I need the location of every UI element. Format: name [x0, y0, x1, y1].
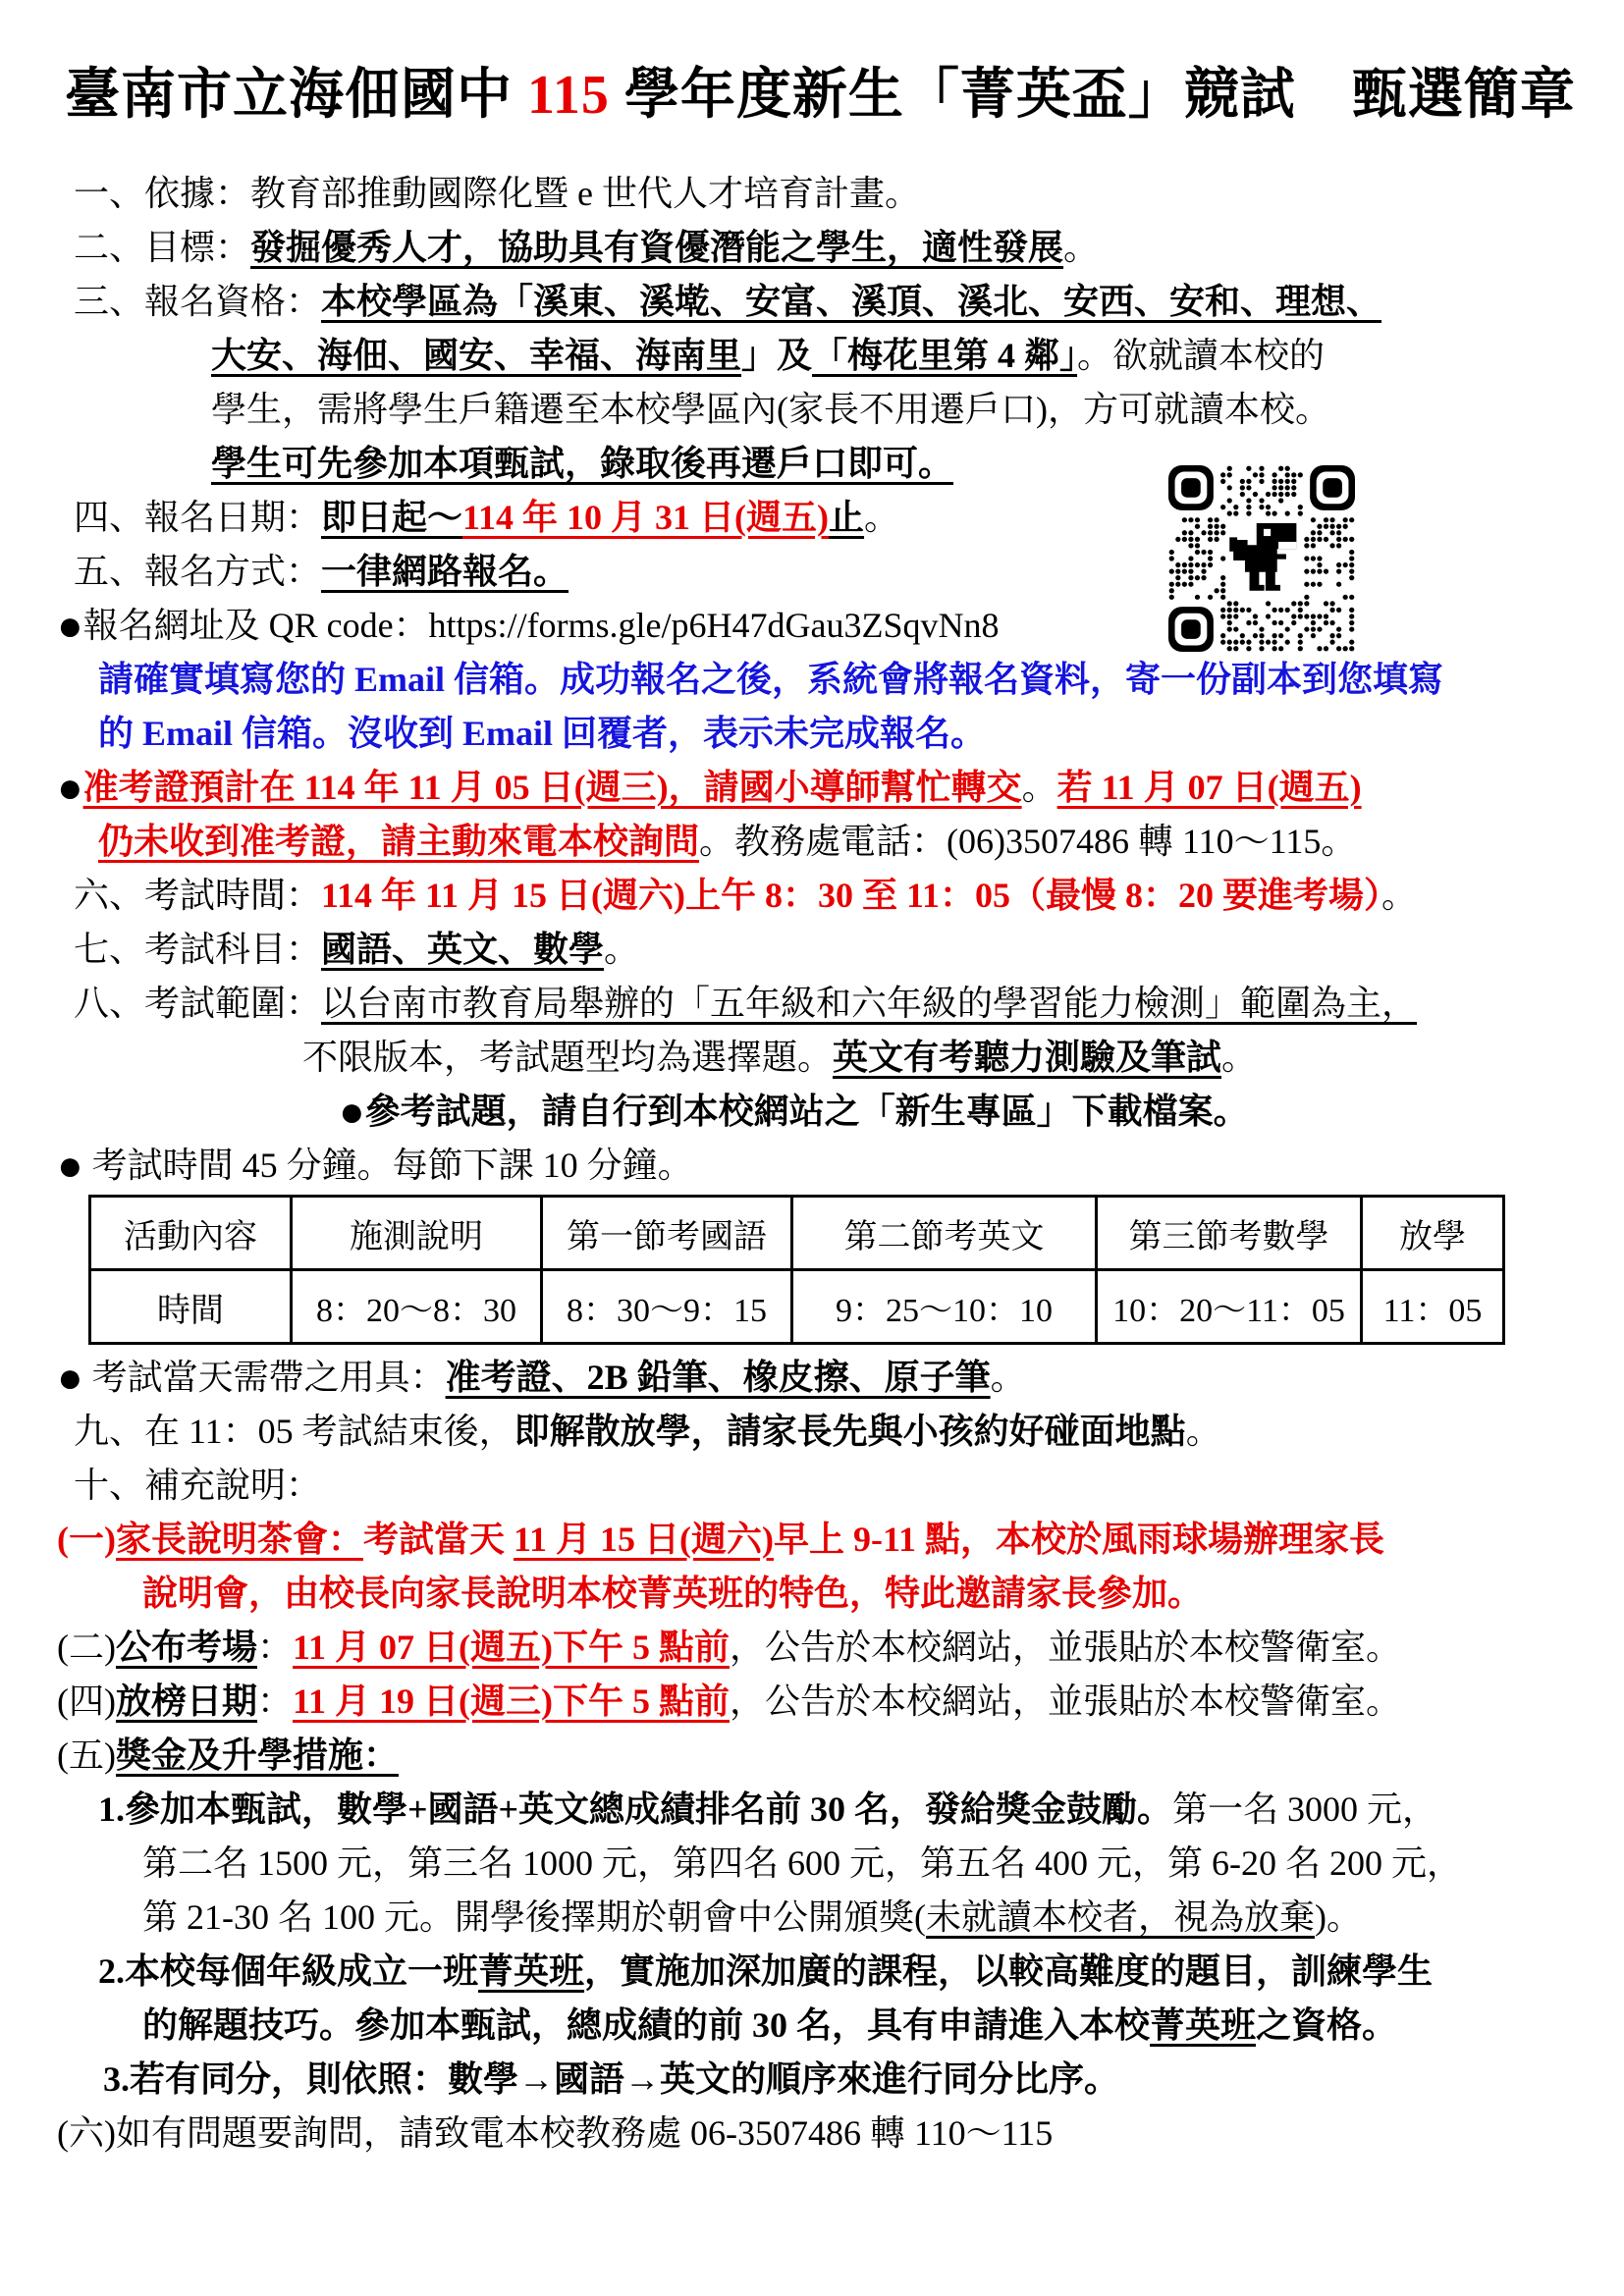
text-segment: 考試當天需帶之用具： — [83, 1358, 446, 1397]
text-segment: 「梅花里第 4 鄰」 — [812, 336, 1077, 375]
text-line: ●參考試題，請自行到本校網站之「新生專區」下載檔案。 — [0, 1085, 1624, 1139]
text-line: (六)如有問題要詢問，請致電本校教務處 06-3507486 轉 110～115 — [0, 2107, 1624, 2161]
table-cell: 11：05 — [1362, 1270, 1504, 1344]
text-segment: 說明會，由校長向家長說明本校菁英班的特色，特此邀請家長參加。 — [142, 1574, 1203, 1613]
text-segment: ，公告於本校網站，並張貼於本校警衛室。 — [730, 1628, 1401, 1667]
table-cell: 時間 — [90, 1270, 292, 1344]
text-segment: ： — [257, 1682, 293, 1721]
text-segment: 114 年 11 月 15 日(週六)上午 8：30 至 11：05（最慢 8：… — [321, 876, 1381, 915]
text-segment: 學生可先參加本項甄試，錄取後再遷戶口即可。 — [211, 444, 953, 483]
text-segment: 。 — [991, 1358, 1026, 1397]
text-segment: (一) — [57, 1520, 116, 1559]
text-line: 第二名 1500 元，第三名 1000 元，第四名 600 元，第五名 400 … — [0, 1837, 1624, 1891]
text-line: 3.若有同分，則依照：數學→國語→英文的順序來進行同分比序。 — [0, 2053, 1624, 2107]
text-line: 八、考試範圍：以台南市教育局舉辦的「五年級和六年級的學習能力檢測」範圍為主， — [0, 977, 1624, 1031]
text-line: 一、依據：教育部推動國際化暨 e 世代人才培育計畫。 — [0, 167, 1624, 221]
text-segment: 家長說明茶會： — [116, 1520, 363, 1559]
text-segment: 四、報名日期： — [74, 498, 321, 537]
text-segment: 1.參加本甄試，數學+國語+英文總成績排名前 30 名，發給獎金鼓勵。 — [98, 1789, 1172, 1829]
table-cell: 第一節考國語 — [542, 1197, 792, 1270]
text-segment: 臺南市立海佃國中 — [65, 65, 527, 126]
text-segment: )。 — [1315, 1897, 1362, 1937]
text-segment: 二、目標： — [74, 228, 250, 267]
text-segment: 英文有考聽力測驗及筆試 — [833, 1038, 1221, 1077]
document-body: 一、依據：教育部推動國際化暨 e 世代人才培育計畫。二、目標：發掘優秀人才，協助… — [0, 167, 1624, 2161]
text-segment: 本校學區為「溪東、溪墘、安富、溪頂、溪北、安西、安和、理想、 — [321, 282, 1381, 321]
text-line: 十、補充說明： — [0, 1459, 1624, 1513]
text-segment: 114 年 10 月 31 日(週五) — [462, 498, 829, 537]
text-segment: 菁英班 — [478, 1951, 584, 1991]
text-segment: (六)如有問題要詢問，請致電本校教務處 06-3507486 轉 110～115 — [57, 2113, 1053, 2153]
text-line: 三、報名資格：本校學區為「溪東、溪墘、安富、溪頂、溪北、安西、安和、理想、 — [0, 275, 1624, 329]
text-line: 第 21-30 名 100 元。開學後擇期於朝會中公開頒獎(未就讀本校者，視為放… — [0, 1891, 1624, 1945]
table-cell: 放學 — [1362, 1197, 1504, 1270]
table-row: 時間8：20～8：308：30～9：159：25～10：1010：20～11：0… — [90, 1270, 1504, 1344]
table-cell: 活動內容 — [90, 1197, 292, 1270]
text-segment: 的解題技巧。參加本甄試，總成績的前 30 名，具有申請進入本校 — [142, 2005, 1150, 2045]
text-segment: 。 — [1186, 1412, 1221, 1451]
text-segment: 九、在 11：05 考試結束後， — [74, 1412, 514, 1451]
text-line: 說明會，由校長向家長說明本校菁英班的特色，特此邀請家長參加。 — [0, 1567, 1624, 1621]
text-segment: 考試時間 45 分鐘。每節下課 10 分鐘。 — [83, 1146, 693, 1185]
text-segment: 11 月 15 日(週六) — [514, 1520, 774, 1559]
text-segment: 大安、海佃、國安、幸福、海南里 — [211, 336, 741, 375]
text-segment: 即解散放學，請家長先與小孩約好碰面地點 — [514, 1412, 1186, 1451]
text-segment: 早上 9-11 點，本校於風雨球場辦理家長 — [774, 1520, 1384, 1559]
text-segment: 准考證、2B 鉛筆、橡皮擦、原子筆 — [446, 1358, 991, 1397]
table-cell: 第三節考數學 — [1097, 1197, 1362, 1270]
bullet-icon: ● — [57, 1354, 83, 1402]
text-line: 二、目標：發掘優秀人才，協助具有資優潛能之學生，適性發展。 — [0, 221, 1624, 275]
text-line: 七、考試科目：國語、英文、數學。 — [0, 923, 1624, 977]
text-segment: 未就讀本校者，視為放棄 — [926, 1897, 1315, 1937]
text-segment: 學生，需將學生戶籍遷至本校學區內(家長不用遷戶口)，方可就讀本校。 — [211, 390, 1330, 429]
text-line: 學生，需將學生戶籍遷至本校學區內(家長不用遷戶口)，方可就讀本校。 — [0, 383, 1624, 437]
text-segment: (五) — [57, 1735, 116, 1775]
text-segment: 11 月 19 日(週三)下午 5 點前 — [293, 1682, 730, 1721]
table-cell: 9：25～10：10 — [792, 1270, 1097, 1344]
text-segment: 3.若有同分，則依照：數學→國語→英文的順序來進行同分比序。 — [103, 2059, 1119, 2099]
table-cell: 施測說明 — [292, 1197, 542, 1270]
bullet-icon: ● — [339, 1088, 365, 1136]
text-line: 的 Email 信箱。沒收到 Email 回覆者，表示未完成報名。 — [0, 707, 1624, 761]
text-segment: 放榜日期 — [116, 1682, 257, 1721]
text-line: 四、報名日期：即日起～114 年 10 月 31 日(週五)止。 — [0, 491, 1624, 545]
table-cell: 8：20～8：30 — [292, 1270, 542, 1344]
text-segment: 參考試題，請自行到本校網站之「新生專區」下載檔案。 — [365, 1092, 1249, 1131]
text-segment: 第一名 3000 元， — [1172, 1789, 1437, 1829]
text-line: 仍未收到准考證，請主動來電本校詢問。教務處電話：(06)3507486 轉 11… — [0, 815, 1624, 869]
table-cell: 第二節考英文 — [792, 1197, 1097, 1270]
text-segment: 三、報名資格： — [74, 282, 321, 321]
text-line: ● 考試當天需帶之用具：准考證、2B 鉛筆、橡皮擦、原子筆。 — [0, 1351, 1624, 1405]
text-segment: 准考證預計在 114 年 11 月 05 日(週三)，請國小導師幫忙轉交 — [83, 768, 1022, 807]
text-segment: 2.本校每個年級成立一班 — [98, 1951, 478, 1991]
text-segment: 。 — [1022, 768, 1057, 807]
text-segment: 。 — [864, 498, 899, 537]
text-segment: 11 月 07 日(週五)下午 5 點前 — [293, 1628, 730, 1667]
text-segment: ： — [257, 1628, 293, 1667]
text-line: 不限版本，考試題型均為選擇題。英文有考聽力測驗及筆試。 — [0, 1031, 1624, 1085]
bullet-icon: ● — [57, 602, 83, 650]
text-line: 九、在 11：05 考試結束後，即解散放學，請家長先與小孩約好碰面地點。 — [0, 1405, 1624, 1459]
text-segment: 國語、英文、數學 — [321, 930, 604, 969]
text-line: (二)公布考場：11 月 07 日(週五)下午 5 點前，公告於本校網站，並張貼… — [0, 1621, 1624, 1675]
text-segment: 考試當天 — [363, 1520, 514, 1559]
text-segment: 一律網路報名。 — [321, 552, 568, 591]
text-line: 大安、海佃、國安、幸福、海南里」及「梅花里第 4 鄰」。欲就讀本校的 — [0, 329, 1624, 383]
text-line: (一)家長說明茶會：考試當天 11 月 15 日(週六)早上 9-11 點，本校… — [0, 1513, 1624, 1567]
text-segment: (四) — [57, 1682, 116, 1721]
page-title: 臺南市立海佃國中 115 學年度新生「菁英盃」競試 甄選簡章 — [65, 51, 1576, 130]
text-segment: 發掘優秀人才，協助具有資優潛能之學生，適性發展 — [250, 228, 1063, 267]
text-segment: 報名網址及 QR code：https://forms.gle/p6H47dGa… — [83, 606, 1000, 645]
text-segment: (二) — [57, 1628, 116, 1667]
text-line: 六、考試時間：114 年 11 月 15 日(週六)上午 8：30 至 11：0… — [0, 869, 1624, 923]
text-segment: 。教務處電話：(06)3507486 轉 110～115。 — [699, 822, 1356, 861]
text-segment: 若 11 月 07 日(週五) — [1057, 768, 1362, 807]
text-segment: 獎金及升學措施： — [116, 1735, 399, 1775]
text-line: 1.參加本甄試，數學+國語+英文總成績排名前 30 名，發給獎金鼓勵。第一名 3… — [0, 1783, 1624, 1837]
text-line: 學生可先參加本項甄試，錄取後再遷戶口即可。 — [0, 437, 1624, 491]
bullet-icon: ● — [57, 764, 83, 812]
text-segment: 不限版本，考試題型均為選擇題。 — [302, 1038, 833, 1077]
text-segment: 。欲就讀本校的 — [1077, 336, 1325, 375]
text-line: 五、報名方式：一律網路報名。 — [0, 545, 1624, 599]
exam-schedule-table: 活動內容施測說明第一節考國語第二節考英文第三節考數學放學時間8：20～8：308… — [88, 1195, 1505, 1345]
text-line: (四)放榜日期：11 月 19 日(週三)下午 5 點前，公告於本校網站，並張貼… — [0, 1675, 1624, 1729]
table-header-row: 活動內容施測說明第一節考國語第二節考英文第三節考數學放學 — [90, 1197, 1504, 1270]
text-segment: 十、補充說明： — [74, 1466, 321, 1505]
document-page: 臺南市立海佃國中 115 學年度新生「菁英盃」競試 甄選簡章 一、依據：教育部推… — [0, 0, 1624, 2296]
text-segment: 五、報名方式： — [74, 552, 321, 591]
qr-code-image — [1168, 465, 1355, 652]
text-segment: 七、考試科目： — [74, 930, 321, 969]
text-segment: 。 — [1063, 228, 1099, 267]
text-line: 的解題技巧。參加本甄試，總成績的前 30 名，具有申請進入本校菁英班之資格。 — [0, 1999, 1624, 2053]
text-segment: 的 Email 信箱。沒收到 Email 回覆者，表示未完成報名。 — [98, 714, 986, 753]
text-line: (五)獎金及升學措施： — [0, 1729, 1624, 1783]
text-segment: 第 21-30 名 100 元。開學後擇期於朝會中公開頒獎( — [142, 1897, 926, 1937]
text-segment: ，實施加深加廣的課程，以較高難度的題目，訓練學生 — [584, 1951, 1433, 1991]
text-segment: 。 — [1221, 1038, 1257, 1077]
text-segment: 公布考場 — [116, 1628, 257, 1667]
text-segment: 仍未收到准考證，請主動來電本校詢問 — [98, 822, 699, 861]
text-line: ● 考試時間 45 分鐘。每節下課 10 分鐘。 — [0, 1139, 1624, 1193]
text-segment: 八、考試範圍： — [74, 984, 321, 1023]
table-cell: 8：30～9：15 — [542, 1270, 792, 1344]
text-segment: 菁英班 — [1150, 2005, 1256, 2045]
text-segment: 一、依據：教育部推動國際化暨 e 世代人才培育計畫。 — [74, 174, 920, 213]
text-segment: ，公告於本校網站，並張貼於本校警衛室。 — [730, 1682, 1401, 1721]
qr-code — [1168, 465, 1355, 652]
text-line: ●准考證預計在 114 年 11 月 05 日(週三)，請國小導師幫忙轉交。若 … — [0, 761, 1624, 815]
text-line: 2.本校每個年級成立一班菁英班，實施加深加廣的課程，以較高難度的題目，訓練學生 — [0, 1945, 1624, 1999]
text-segment: 以台南市教育局舉辦的「五年級和六年級的學習能力檢測」範圍為主， — [321, 984, 1417, 1023]
text-segment: 學年度新生「菁英盃」競試 甄選簡章 — [610, 65, 1576, 126]
text-segment: 115 — [527, 65, 610, 126]
text-segment: 」及 — [741, 336, 812, 375]
text-segment: 第二名 1500 元，第三名 1000 元，第四名 600 元，第五名 400 … — [142, 1843, 1462, 1883]
text-line: 請確實填寫您的 Email 信箱。成功報名之後，系統會將報名資料，寄一份副本到您… — [0, 653, 1624, 707]
text-segment: 止 — [829, 498, 864, 537]
text-segment: 。 — [1381, 876, 1417, 915]
text-segment: 請確實填寫您的 Email 信箱。成功報名之後，系統會將報名資料，寄一份副本到您… — [98, 660, 1443, 699]
text-segment: 。 — [604, 930, 639, 969]
text-segment: 之資格。 — [1256, 2005, 1397, 2045]
text-line: ●報名網址及 QR code：https://forms.gle/p6H47dG… — [0, 599, 1624, 653]
table-cell: 10：20～11：05 — [1097, 1270, 1362, 1344]
bullet-icon: ● — [57, 1142, 83, 1190]
text-segment: 六、考試時間： — [74, 876, 321, 915]
text-segment: 即日起～ — [321, 498, 462, 537]
